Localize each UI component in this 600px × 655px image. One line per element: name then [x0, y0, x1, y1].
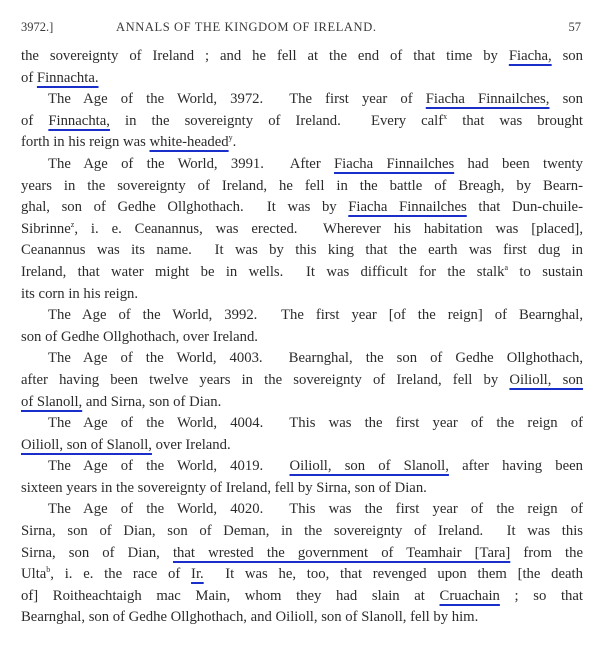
text-line: Sibrinnez, i. e. Ceanannus, was erected.… — [21, 219, 583, 241]
highlighted-term: of Slanoll, — [21, 394, 82, 410]
text-line: son of Gedhe Ollghothach, over Ireland. — [21, 327, 583, 349]
text-run: The Age of the World, 4020. This was the… — [48, 501, 583, 517]
text-run: The Age of the World, 3972. The first ye… — [48, 91, 426, 107]
text-run: forth in his reign was — [21, 134, 150, 150]
text-run: from the — [510, 545, 583, 561]
paragraph: the sovereignty of Ireland ; and he fell… — [21, 46, 583, 89]
text-line: The Age of the World, 4003. Bearnghal, t… — [21, 348, 583, 370]
highlighted-term: Finnachta. — [37, 70, 99, 86]
text-line: The Age of the World, 4019. Oilioll, son… — [21, 456, 583, 478]
text-line: sixteen years in the sovereignty of Irel… — [21, 478, 583, 500]
text-run: and Sirna, son of Dian. — [82, 394, 221, 410]
text-run: son — [552, 48, 583, 64]
text-line: of Finnachta. — [21, 68, 583, 90]
paragraph: The Age of the World, 4003. Bearnghal, t… — [21, 348, 583, 413]
text-run: Ceanannus was its name. It was by this k… — [21, 242, 583, 258]
text-run: . — [233, 134, 237, 150]
text-run: that Dun-chuile- — [467, 199, 583, 215]
text-run: The Age of the World, 3991. After — [48, 156, 334, 172]
highlighted-term: Finnachta, — [48, 113, 110, 129]
text-run: after having been twelve years in the so… — [21, 372, 509, 388]
text-run: The Age of the World, 4004. This was the… — [48, 415, 583, 431]
text-run: to sustain — [508, 264, 583, 280]
text-run: that was brought — [447, 113, 583, 129]
highlighted-term: Fiacha Finnailches — [334, 156, 454, 172]
text-line: the sovereignty of Ireland ; and he fell… — [21, 46, 583, 68]
running-header: 3972.] ANNALS OF THE KINGDOM OF IRELAND.… — [21, 20, 581, 40]
text-run: its corn in his reign. — [21, 286, 138, 302]
text-run: It was he, too, that revenged upon them … — [204, 566, 583, 582]
paragraph: The Age of the World, 3992. The first ye… — [21, 305, 583, 348]
body-text: the sovereignty of Ireland ; and he fell… — [21, 46, 583, 629]
text-run: The Age of the World, 4019. — [48, 458, 290, 474]
text-run: over Ireland. — [152, 437, 231, 453]
text-line: Ceanannus was its name. It was by this k… — [21, 240, 583, 262]
highlighted-term: Oilioll, son of Slanoll, — [290, 458, 449, 474]
text-line: after having been twelve years in the so… — [21, 370, 583, 392]
text-line: The Age of the World, 4020. This was the… — [21, 499, 583, 521]
text-run: The Age of the World, 3992. The first ye… — [48, 307, 583, 323]
text-run: the sovereignty of Ireland ; and he fell… — [21, 48, 509, 64]
text-line: forth in his reign was white-headedy. — [21, 132, 583, 154]
document-page: 3972.] ANNALS OF THE KINGDOM OF IRELAND.… — [0, 0, 600, 655]
text-line: Sirna, son of Dian, that wrested the gov… — [21, 543, 583, 565]
header-year-range: 3972.] — [21, 20, 53, 35]
text-run: Sirna, son of Dian, son of Deman, in the… — [21, 523, 583, 539]
text-run: Sirna, son of Dian, — [21, 545, 173, 561]
highlighted-term: Ir. — [191, 566, 204, 582]
text-run: of — [21, 70, 37, 86]
paragraph: The Age of the World, 4004. This was the… — [21, 413, 583, 456]
text-run: after having been — [449, 458, 583, 474]
text-line: The Age of the World, 3992. The first ye… — [21, 305, 583, 327]
paragraph: The Age of the World, 3972. The first ye… — [21, 89, 583, 154]
text-run: of — [21, 113, 48, 129]
text-line: Oilioll, son of Slanoll, over Ireland. — [21, 435, 583, 457]
text-run: ; so that — [500, 588, 583, 604]
text-run: son of Gedhe Ollghothach, over Ireland. — [21, 329, 258, 345]
text-run: of] Roitheachtaigh mac Main, whom they h… — [21, 588, 440, 604]
text-run: Bearnghal, son of Gedhe Ollghothach, and… — [21, 609, 478, 625]
text-run: son — [549, 91, 583, 107]
highlighted-term: that wrested the government of Teamhair … — [173, 545, 510, 561]
text-line: ghal, son of Gedhe Ollghothach. It was b… — [21, 197, 583, 219]
text-line: years in the sovereignty of Ireland, he … — [21, 176, 583, 198]
text-run: The Age of the World, 4003. Bearnghal, t… — [48, 350, 583, 366]
text-line: Sirna, son of Dian, son of Deman, in the… — [21, 521, 583, 543]
text-run: years in the sovereignty of Ireland, he … — [21, 178, 583, 194]
text-line: The Age of the World, 3972. The first ye… — [21, 89, 583, 111]
text-run: ghal, son of Gedhe Ollghothach. It was b… — [21, 199, 348, 215]
paragraph: The Age of the World, 3991. After Fiacha… — [21, 154, 583, 305]
highlighted-term: white-headed — [150, 134, 229, 150]
paragraph: The Age of the World, 4019. Oilioll, son… — [21, 456, 583, 499]
text-run: Ireland, that water might be in wells. I… — [21, 264, 504, 280]
text-line: of Finnachta, in the sovereignty of Irel… — [21, 111, 583, 133]
text-line: its corn in his reign. — [21, 284, 583, 306]
text-run: Sibrinne — [21, 221, 71, 237]
highlighted-term: Fiacha Finnailches, — [426, 91, 550, 107]
page-number: 57 — [569, 20, 582, 35]
text-line: of] Roitheachtaigh mac Main, whom they h… — [21, 586, 583, 608]
text-line: The Age of the World, 4004. This was the… — [21, 413, 583, 435]
header-title: ANNALS OF THE KINGDOM OF IRELAND. — [116, 20, 377, 35]
text-line: Bearnghal, son of Gedhe Ollghothach, and… — [21, 607, 583, 629]
highlighted-term: Fiacha, — [509, 48, 552, 64]
text-run: in the sovereignty of Ireland. Every cal… — [110, 113, 443, 129]
text-run: , i. e. Ceanannus, was erected. Wherever… — [74, 221, 583, 237]
text-run: sixteen years in the sovereignty of Irel… — [21, 480, 427, 496]
highlighted-term: Cruachain — [440, 588, 500, 604]
highlighted-term: Fiacha Finnailches — [348, 199, 466, 215]
text-run: , i. e. the race of — [50, 566, 191, 582]
highlighted-term: Oilioll, son — [509, 372, 583, 388]
highlighted-term: Oilioll, son of Slanoll, — [21, 437, 152, 453]
text-run: Ulta — [21, 566, 46, 582]
text-line: The Age of the World, 3991. After Fiacha… — [21, 154, 583, 176]
text-line: Ireland, that water might be in wells. I… — [21, 262, 583, 284]
text-line: of Slanoll, and Sirna, son of Dian. — [21, 392, 583, 414]
paragraph: The Age of the World, 4020. This was the… — [21, 499, 583, 629]
text-line: Ultab, i. e. the race of Ir. It was he, … — [21, 564, 583, 586]
text-run: had been twenty — [454, 156, 583, 172]
